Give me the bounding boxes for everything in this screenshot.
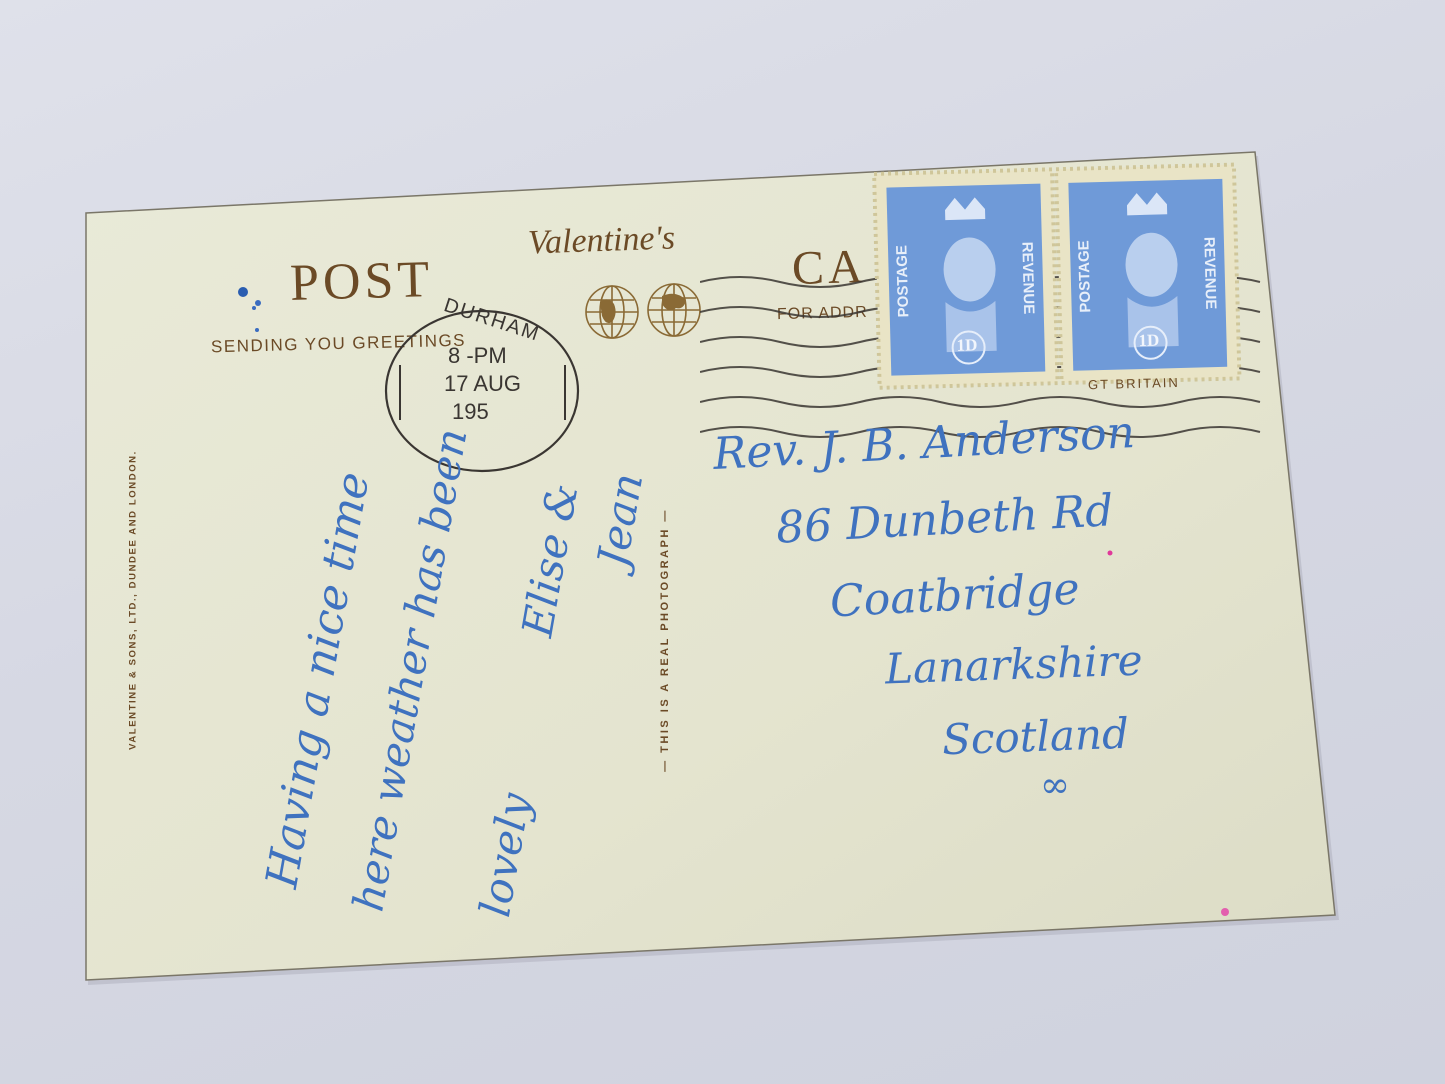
stamp: POSTAGE REVENUE 1D <box>872 167 1060 390</box>
stamp-caption: GT BRITAIN <box>1088 375 1180 392</box>
post-heading: POST <box>289 250 434 313</box>
stamp-right-text: REVENUE <box>1018 241 1037 314</box>
postmark-year: 195 <box>452 399 489 425</box>
address-line: Lanarkshire <box>884 636 1143 694</box>
pink-mark <box>1108 551 1113 556</box>
divider-text: — THIS IS A REAL PHOTOGRAPH — <box>659 508 671 772</box>
brand-script: Valentine's <box>527 219 675 262</box>
stamp-left-text: POSTAGE <box>893 245 912 318</box>
postmark: DURHAM 8 -PM 17 AUG 195 <box>380 305 585 475</box>
publisher-line: VALENTINE & SONS, LTD., DUNDEE AND LONDO… <box>128 450 139 750</box>
address-flourish: ∞ <box>1040 765 1070 806</box>
postmark-date: 17 AUG <box>444 371 521 397</box>
stamp-value: 1D <box>956 335 977 356</box>
stamp-value: 1D <box>1138 331 1159 352</box>
address-line: Scotland <box>941 709 1129 764</box>
stamp-left-text: POSTAGE <box>1075 240 1094 313</box>
stamp: POSTAGE REVENUE 1D <box>1054 162 1242 385</box>
photo-scene: POST Valentine's CA SENDING YOU GREETING… <box>0 0 1445 1084</box>
ink-speck <box>238 287 248 297</box>
twin-globes-icon <box>582 272 706 346</box>
stamp-right-text: REVENUE <box>1200 237 1219 310</box>
postmark-time: 8 -PM <box>448 343 507 369</box>
